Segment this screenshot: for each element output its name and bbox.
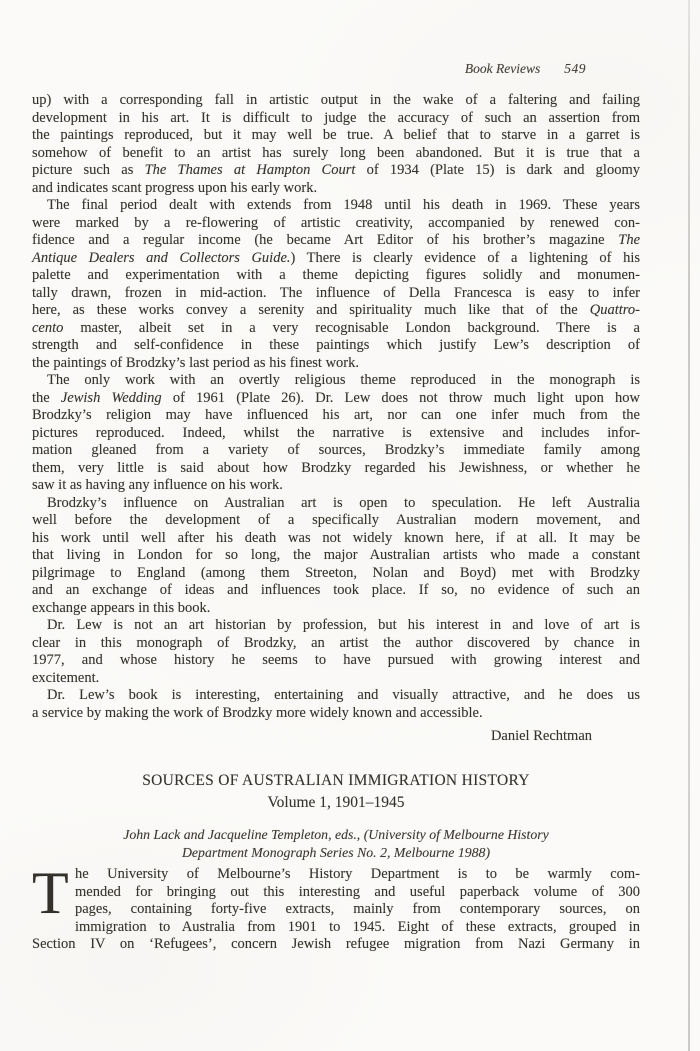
text-line: exchange appears in this book. (32, 600, 640, 618)
review-1-body: up) with a corresponding fall in artisti… (32, 92, 640, 722)
text-line: The final period dealt with extends from… (32, 197, 640, 215)
paragraph: The University of Melbourne’s History De… (32, 866, 640, 954)
text-line: Dr. Lew’s book is interesting, entertain… (32, 687, 640, 705)
text-line: and an exchange of ideas and influences … (32, 582, 640, 600)
review-2-body: The University of Melbourne’s History De… (32, 866, 640, 954)
running-head: Book Reviews 549 (32, 60, 640, 77)
review-byline: John Lack and Jacqueline Templeton, eds.… (32, 826, 640, 862)
paragraph: Dr. Lew’s book is interesting, entertain… (32, 687, 640, 722)
review-byline-line: Department Monograph Series No. 2, Melbo… (32, 844, 640, 862)
text-line: the paintings reproduced, but it may wel… (32, 127, 640, 145)
text-line: the Jewish Wedding of 1961 (Plate 26). D… (32, 390, 640, 408)
text-line: The only work with an overtly religious … (32, 372, 640, 390)
scan-edge-artifact (688, 0, 690, 1051)
text-line: pages, containing forty-five extracts, m… (32, 901, 640, 919)
page-number: 549 (564, 60, 586, 77)
text-line: Brodzky’s religion may have influenced h… (32, 407, 640, 425)
text-line: palette and experimentation with a theme… (32, 267, 640, 285)
text-line: well before the development of a specifi… (32, 512, 640, 530)
text-line: fidence and a regular income (he became … (32, 232, 640, 250)
text-line: Dr. Lew is not an art historian by profe… (32, 617, 640, 635)
text-line: were marked by a re-flowering of artisti… (32, 215, 640, 233)
scanned-book-page: Book Reviews 549 up) with a correspondin… (0, 0, 700, 1051)
text-line: development in his art. It is difficult … (32, 110, 640, 128)
text-line: and indicates scant progress upon his ea… (32, 180, 640, 198)
review-byline-line: John Lack and Jacqueline Templeton, eds.… (32, 826, 640, 844)
text-line: them, very little is said about how Brod… (32, 460, 640, 478)
text-line: a service by making the work of Brodzky … (32, 705, 640, 723)
text-line: that living in London for so long, the m… (32, 547, 640, 565)
text-line: here, as these works convey a serenity a… (32, 302, 640, 320)
paragraph: Brodzky’s influence on Australian art is… (32, 495, 640, 618)
text-block: Book Reviews 549 up) with a correspondin… (32, 60, 640, 954)
text-line: immigration to Australia from 1901 to 19… (32, 919, 640, 937)
reviewer-signature: Daniel Rechtman (32, 728, 640, 745)
text-line: mended for bringing out this interesting… (32, 884, 640, 902)
text-line: his work until well after his death was … (32, 530, 640, 548)
text-line: Section IV on ‘Refugees’, concern Jewish… (32, 936, 640, 954)
paragraph: The final period dealt with extends from… (32, 197, 640, 372)
running-head-title: Book Reviews (465, 60, 540, 77)
text-line: pilgrimage to England (among them Street… (32, 565, 640, 583)
text-line: Brodzky’s influence on Australian art is… (32, 495, 640, 513)
text-line: excitement. (32, 670, 640, 688)
text-line: strength and self-confidence in these pa… (32, 337, 640, 355)
paragraph: up) with a corresponding fall in artisti… (32, 92, 640, 197)
paragraph: The only work with an overtly religious … (32, 372, 640, 495)
text-line: up) with a corresponding fall in artisti… (32, 92, 640, 110)
text-line: picture such as The Thames at Hampton Co… (32, 162, 640, 180)
text-line: Antique Dealers and Collectors Guide.) T… (32, 250, 640, 268)
review-subtitle: Volume 1, 1901–1945 (32, 793, 640, 813)
text-line: tally drawn, frozen in mid-action. The i… (32, 285, 640, 303)
text-line: pictures reproduced. Indeed, whilst the … (32, 425, 640, 443)
drop-cap: T (32, 868, 69, 919)
text-line: saw it as having any influence on his wo… (32, 477, 640, 495)
review-title: SOURCES OF AUSTRALIAN IMMIGRATION HISTOR… (32, 771, 640, 791)
text-line: somehow of benefit to an artist has sure… (32, 145, 640, 163)
text-line: clear in this monograph of Brodzky, an a… (32, 635, 640, 653)
paragraph: Dr. Lew is not an art historian by profe… (32, 617, 640, 687)
review-2-heading: SOURCES OF AUSTRALIAN IMMIGRATION HISTOR… (32, 771, 640, 813)
text-line: the paintings of Brodzky’s last period a… (32, 355, 640, 373)
text-line: mation gleaned from a variety of sources… (32, 442, 640, 460)
text-line: cento master, albeit set in a very recog… (32, 320, 640, 338)
text-line: he University of Melbourne’s History Dep… (32, 866, 640, 884)
text-line: 1977, and whose history he seems to have… (32, 652, 640, 670)
